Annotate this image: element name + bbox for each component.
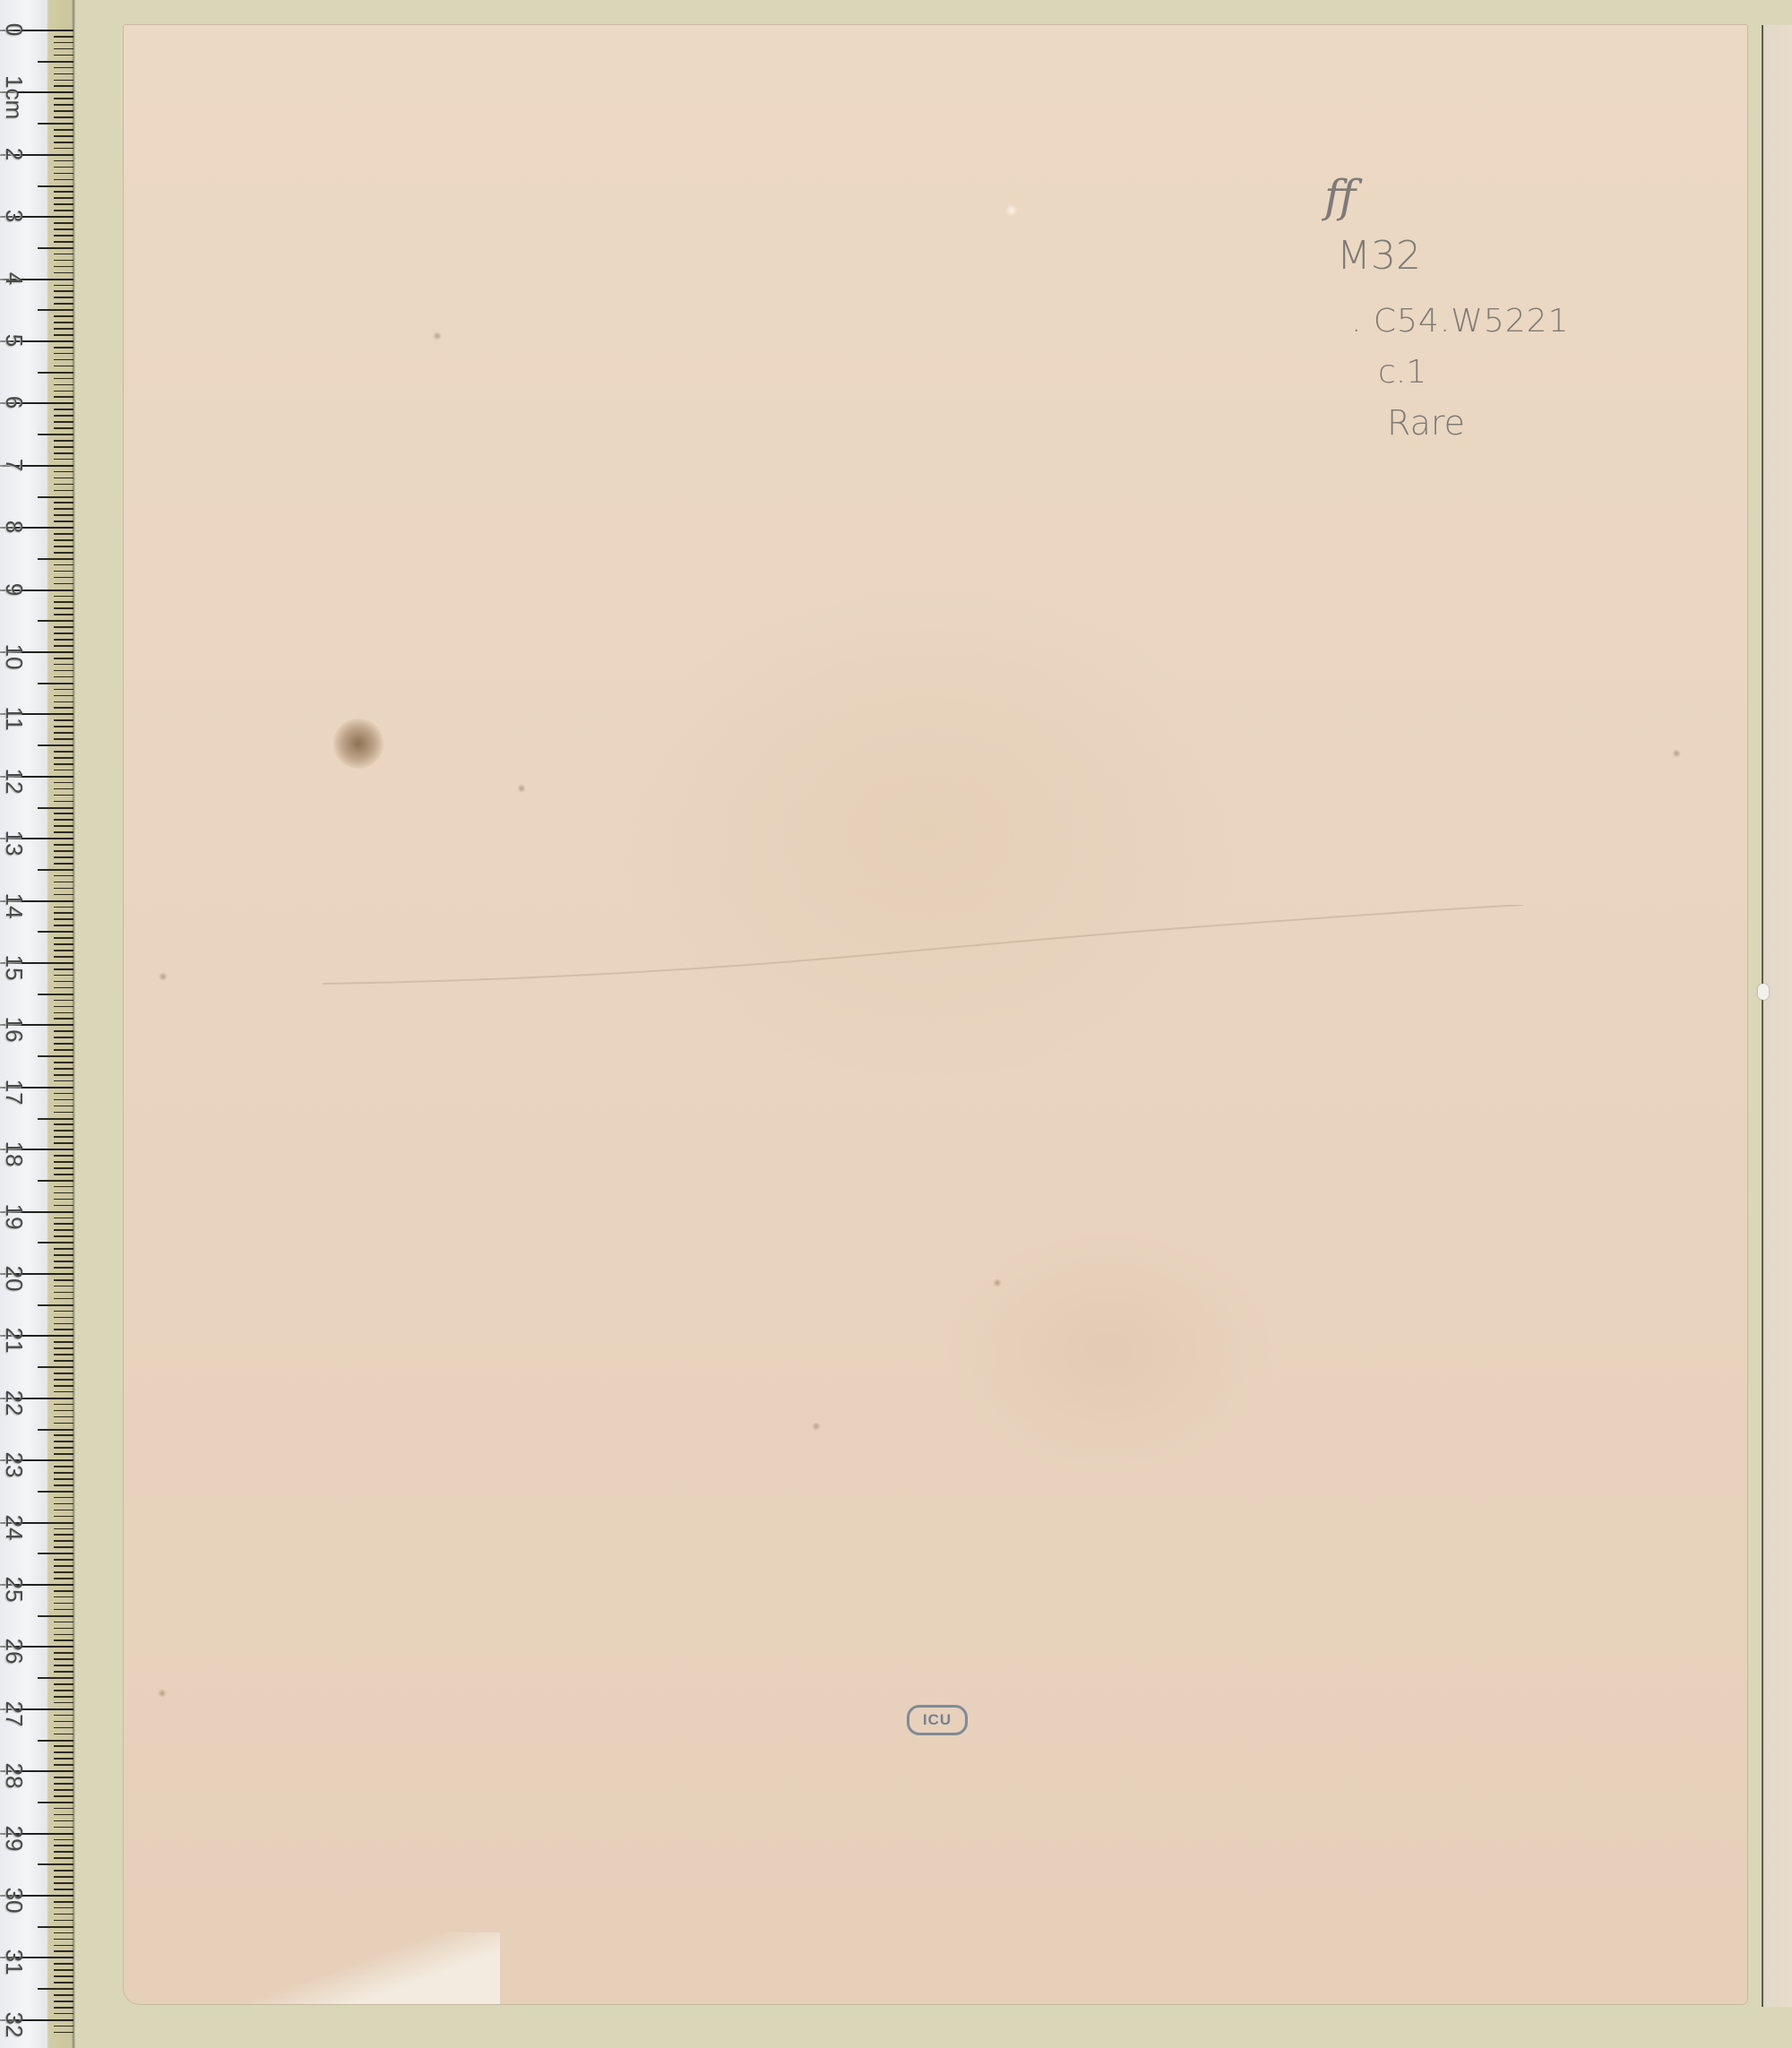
ruler-number: 30 (3, 1886, 26, 1915)
ruler-tick (54, 490, 73, 492)
ruler-tick (54, 353, 73, 355)
ruler-tick (54, 502, 73, 503)
ruler-tick (54, 1975, 73, 1977)
library-stamp: ICU (907, 1705, 968, 1735)
ruler-tick (54, 888, 73, 890)
foxing-spot (812, 1422, 821, 1431)
ruler-tick (54, 1696, 73, 1698)
ruler-number: 21 (3, 1326, 26, 1355)
ruler-tick (54, 427, 73, 429)
ruler-tick (54, 1783, 73, 1785)
ruler-tick (54, 813, 73, 814)
ruler-tick (54, 290, 73, 292)
ruler-tick (54, 1652, 73, 1654)
ruler-tick (54, 1423, 73, 1424)
ruler-tick (38, 807, 73, 809)
ruler-tick (54, 1540, 73, 1542)
ruler-number: 14 (3, 891, 26, 920)
ruler-tick (54, 1839, 73, 1841)
ruler-number: 5 (3, 333, 26, 348)
ruler-tick (54, 701, 73, 703)
ruler-tick (38, 1926, 73, 1928)
ruler-number: 26 (3, 1637, 26, 1665)
ruler-number: 22 (3, 1389, 26, 1417)
ruler-tick (54, 1106, 73, 1107)
ruler-tick (54, 539, 73, 541)
ruler-tick (54, 1441, 73, 1442)
ruler-tick (38, 1055, 73, 1057)
ruler-tick (54, 1546, 73, 1548)
ruler-tick (54, 73, 73, 75)
ruler-tick (54, 1745, 73, 1747)
ruler-number: 25 (3, 1575, 26, 1604)
ruler-tick (54, 1665, 73, 1666)
ruler-tick (54, 1329, 73, 1330)
ruler-tick (54, 1174, 73, 1175)
ruler-tick (54, 1286, 73, 1287)
ruler-tick (54, 1727, 73, 1729)
ruler-tick (54, 819, 73, 821)
ruler-number: 27 (3, 1699, 26, 1728)
ruler-tick (54, 1199, 73, 1200)
ruler-tick (54, 110, 73, 112)
ruler-tick (54, 1229, 73, 1231)
ruler-tick (38, 1180, 73, 1182)
ruler-tick (54, 135, 73, 137)
ruler-number: 29 (3, 1824, 26, 1853)
foxing-spot (433, 331, 442, 340)
ruler-tick (38, 372, 73, 374)
ruler-tick (54, 415, 73, 417)
ruler-tick (54, 421, 73, 423)
ruler-tick (54, 757, 73, 759)
ruler-number: 15 (3, 953, 26, 982)
ruler-tick (54, 639, 73, 641)
ruler-tick (54, 359, 73, 361)
ruler-tick (54, 1932, 73, 1934)
ruler-tick (38, 1118, 73, 1120)
ruler-tick (38, 1553, 73, 1554)
ruler-tick (54, 1702, 73, 1704)
ruler-tick (54, 440, 73, 442)
ruler-tick (54, 1018, 73, 1020)
ruler-tick (54, 1298, 73, 1300)
ruler-tick (54, 1062, 73, 1063)
ruler-tick (54, 1969, 73, 1971)
ruler-tick (38, 1491, 73, 1493)
ruler-tick (54, 1136, 73, 1138)
ruler-tick (54, 80, 73, 82)
ruler-tick (54, 116, 73, 118)
ruler-tick (54, 1186, 73, 1188)
ruler-tick (54, 1478, 73, 1480)
ruler-tick (54, 1006, 73, 1008)
ruler-tick (54, 1341, 73, 1343)
ruler-tick (54, 533, 73, 535)
ruler-tick (54, 1030, 73, 1032)
ruler-tick (54, 1914, 73, 1915)
ruler-tick (54, 235, 73, 237)
ruler-tick (54, 577, 73, 579)
ruler-tick (54, 1609, 73, 1611)
ruler-tick (54, 484, 73, 486)
ruler-tick (54, 1434, 73, 1436)
ruler-tick (54, 1528, 73, 1530)
ruler-tick (38, 247, 73, 249)
ruler-tick (54, 738, 73, 740)
ruler-tick (54, 1534, 73, 1536)
ruler-tick (54, 981, 73, 983)
ruler-tick (54, 1012, 73, 1014)
stitch-knot (1758, 984, 1769, 1000)
foxing-spot (517, 784, 526, 793)
ruler-tick (54, 1671, 73, 1673)
ruler-tick (38, 558, 73, 560)
ruler-tick (54, 831, 73, 833)
ruler-tick (54, 1155, 73, 1157)
ruler-tick (54, 322, 73, 323)
ruler-tick (38, 1988, 73, 1990)
ruler-tick (54, 1851, 73, 1853)
ruler-tick (54, 1391, 73, 1393)
ruler-number: 1cm (3, 75, 26, 118)
foxing-spot (158, 1689, 167, 1698)
ruler-tick (54, 546, 73, 547)
ruler-tick (54, 1808, 73, 1810)
ruler-tick (54, 55, 73, 56)
ruler-number: 16 (3, 1015, 26, 1044)
ruler-tick (54, 1292, 73, 1294)
call-number-line: M32 (1337, 233, 1421, 279)
ruler-number: 10 (3, 642, 26, 671)
ruler-tick (54, 882, 73, 883)
ruler-tick (54, 1130, 73, 1132)
ruler-tick (38, 1242, 73, 1243)
ruler-tick (54, 1510, 73, 1511)
ruler-tick (54, 1453, 73, 1455)
ruler-tick (54, 1578, 73, 1579)
ruler-tick (38, 309, 73, 311)
ruler-tick (38, 744, 73, 746)
ruler-tick (54, 1907, 73, 1909)
ruler-tick (54, 260, 73, 262)
ruler-tick (54, 173, 73, 175)
ruler-tick (54, 36, 73, 38)
ruler-tick (54, 297, 73, 298)
ruler-tick (54, 1590, 73, 1592)
ruler-tick (54, 664, 73, 666)
ruler-tick (54, 1497, 73, 1499)
ruler-tick (54, 142, 73, 143)
ruler-tick (54, 726, 73, 727)
ruler-number: 3 (3, 209, 26, 223)
ruler-tick (54, 67, 73, 69)
ruler-tick (54, 1559, 73, 1561)
ruler-tick (54, 203, 73, 205)
ruler-tick (54, 1379, 73, 1381)
ruler-tick (54, 1472, 73, 1474)
ruler-tick (54, 1223, 73, 1225)
ruler-tick (54, 950, 73, 951)
ruler-number: 23 (3, 1450, 26, 1479)
ruler-tick (54, 1882, 73, 1884)
ruler-tick (54, 1734, 73, 1735)
ruler-tick (54, 1751, 73, 1753)
ruler-tick (54, 987, 73, 989)
ruler-tick (54, 508, 73, 510)
ruler-tick (54, 1347, 73, 1349)
ruler-number: 32 (3, 2010, 26, 2039)
ruler-tick (54, 1889, 73, 1890)
ruler-tick (54, 1516, 73, 1518)
ruler-tick (54, 452, 73, 454)
ruler-tick (54, 1267, 73, 1269)
ruler-tick (54, 875, 73, 877)
ruler-tick (54, 1603, 73, 1605)
ruler-tick (54, 1385, 73, 1387)
ruler-tick (54, 763, 73, 765)
ruler-tick (54, 366, 73, 367)
ruler-number: 7 (3, 458, 26, 472)
ruler-tick (54, 272, 73, 274)
ruler-tick (38, 1304, 73, 1306)
ruler-tick (54, 1447, 73, 1449)
ruler-tick (54, 1354, 73, 1355)
ruler-tick (54, 1764, 73, 1766)
ruler-tick (54, 801, 73, 803)
ruler-tick (54, 1795, 73, 1797)
ruler-tick (54, 2001, 73, 2002)
ruler-tick (54, 1721, 73, 1723)
ruler-tick (54, 707, 73, 709)
ruler-number: 11 (3, 704, 26, 733)
ruler-tick (54, 907, 73, 908)
ruler-tick (38, 931, 73, 933)
ruler-tick (54, 601, 73, 603)
foxing-spot (159, 972, 168, 981)
ruler-tick (54, 850, 73, 852)
ruler-tick (54, 328, 73, 330)
ruler-tick (54, 1373, 73, 1374)
ruler-tick (38, 1615, 73, 1617)
ruler-tick (54, 1658, 73, 1660)
ruler-tick (54, 1565, 73, 1567)
ruler-tick (54, 1248, 73, 1250)
ruler-tick (54, 1503, 73, 1505)
ruler-tick (54, 478, 73, 479)
ruler-number: 4 (3, 271, 26, 286)
ruler-number: 2 (3, 147, 26, 161)
ruler-tick (54, 1982, 73, 1983)
foxing-spot (1005, 204, 1018, 217)
binding-spine (1762, 25, 1792, 2007)
ruler-tick (54, 1080, 73, 1082)
ruler-tick (54, 1043, 73, 1045)
ruler-tick (54, 564, 73, 566)
ruler-tick (54, 303, 73, 305)
ruler-tick (54, 1093, 73, 1095)
ruler-tick (54, 1945, 73, 1947)
ruler-tick (54, 825, 73, 827)
ruler-tick (54, 2032, 73, 2034)
ruler-tick (54, 197, 73, 199)
ruler-tick (54, 210, 73, 211)
ruler-number: 20 (3, 1264, 26, 1293)
ruler-tick (54, 894, 73, 896)
ruler-tick (38, 1740, 73, 1742)
ruler-tick (54, 689, 73, 691)
stain-spot (333, 719, 383, 769)
ruler-tick (38, 1863, 73, 1865)
ruler-tick (54, 552, 73, 554)
ruler-tick (54, 1049, 73, 1051)
ruler-tick (54, 42, 73, 44)
ruler-tick (54, 782, 73, 784)
ruler-tick (54, 1622, 73, 1623)
ruler-tick (54, 1758, 73, 1760)
ruler-tick (54, 912, 73, 914)
ruler-tick (54, 1876, 73, 1878)
ruler-tick (54, 285, 73, 287)
ruler-tick (54, 770, 73, 771)
ruler-tick (54, 645, 73, 647)
ruler-tick (54, 347, 73, 349)
ruler-tick (54, 632, 73, 634)
ruler-tick (54, 1037, 73, 1038)
ruler-tick (54, 596, 73, 598)
ruler-tick (54, 918, 73, 920)
ruler-tick (54, 521, 73, 522)
ruler-tick (54, 1994, 73, 1996)
ruler-tick (54, 1596, 73, 1598)
ruler-tick (54, 925, 73, 926)
ruler-tick (54, 241, 73, 243)
ruler-tick (54, 222, 73, 224)
ruler-number: 28 (3, 1761, 26, 1790)
ruler-tick (54, 254, 73, 255)
call-number-line: Rare (1387, 403, 1465, 443)
ruler-tick (54, 1205, 73, 1207)
ruler-tick (38, 496, 73, 498)
ruler-tick (54, 167, 73, 168)
ruler-tick (54, 1068, 73, 1070)
ruler-tick (54, 607, 73, 609)
ruler-tick (54, 1920, 73, 1922)
ruler-tick (54, 459, 73, 460)
ruler-tick (54, 1814, 73, 1816)
ruler-tick (38, 123, 73, 125)
ruler-tick (54, 1360, 73, 1362)
ruler-tick (54, 1690, 73, 1691)
ruler-number: 31 (3, 1948, 26, 1976)
ruler-tick (38, 61, 73, 63)
ruler-number: 12 (3, 767, 26, 796)
ruler-tick (54, 514, 73, 516)
ruler-tick (54, 1161, 73, 1163)
ruler-tick (54, 1261, 73, 1262)
ruler-tick (54, 334, 73, 336)
ruler-tick (54, 937, 73, 939)
ruler-tick (54, 751, 73, 753)
ruler-tick (54, 1218, 73, 1219)
ruler-tick (54, 1845, 73, 1846)
ruler-tick (54, 844, 73, 846)
ruler-tick (38, 683, 73, 684)
ruler-tick (54, 48, 73, 50)
ruler-number: 19 (3, 1202, 26, 1231)
ruler-tick (54, 1167, 73, 1169)
ruler-number: 8 (3, 520, 26, 534)
ruler-tick (54, 1820, 73, 1822)
ruler-number: 0 (3, 22, 26, 37)
ruler-tick (54, 85, 73, 87)
ruler-tick (54, 1410, 73, 1412)
ruler-tick (54, 1715, 73, 1717)
ruler-tick (54, 583, 73, 585)
ruler-tick (54, 391, 73, 392)
call-number-line: . C54.W5221 (1351, 303, 1570, 340)
call-number-line: c.1 (1378, 354, 1426, 391)
ruler-tick (54, 719, 73, 721)
ruler-tick (54, 1963, 73, 1965)
ruler-tick (54, 2013, 73, 2015)
ruler-tick (54, 228, 73, 230)
ruler-tick (54, 1484, 73, 1486)
ruler-tick (54, 670, 73, 672)
ruler-tick (54, 1235, 73, 1237)
ruler-tick (54, 1634, 73, 1636)
ruler-tick (54, 2007, 73, 2009)
ruler-tick (54, 98, 73, 99)
ruler-tick (54, 1639, 73, 1641)
foxing-spot (1672, 749, 1681, 758)
ruler-tick (54, 1311, 73, 1312)
ruler-tick (54, 1074, 73, 1076)
ruler-tick (54, 1142, 73, 1144)
ruler-tick (54, 179, 73, 181)
ruler-tick (54, 1317, 73, 1319)
ruler-tick (54, 614, 73, 615)
ruler-tick (54, 266, 73, 268)
ruler-tick (54, 571, 73, 572)
ruler-tick (54, 968, 73, 970)
call-number-line: ff (1324, 170, 1356, 222)
ruler-tick (54, 160, 73, 162)
ruler-number: 17 (3, 1078, 26, 1106)
ruler-tick (54, 658, 73, 659)
ruler-tick (54, 1777, 73, 1778)
ruler-number: 24 (3, 1513, 26, 1542)
ruler-tick (54, 378, 73, 380)
ruler-tick (38, 994, 73, 995)
ruler-number: 18 (3, 1140, 26, 1168)
ruler-tick (54, 856, 73, 858)
ruler-tick (54, 104, 73, 106)
ruler-tick (38, 869, 73, 871)
ruler-tick (54, 1870, 73, 1872)
ruler-tick (38, 434, 73, 435)
ruler-tick (54, 626, 73, 628)
ruler-tick (54, 396, 73, 398)
ruler-tick (54, 695, 73, 697)
ruler-number: 6 (3, 395, 26, 409)
ruler-tick (54, 315, 73, 317)
ruler-tick (54, 2026, 73, 2027)
ruler-tick (54, 1950, 73, 1952)
ruler-tick (54, 1323, 73, 1325)
ruler-tick (54, 446, 73, 448)
ruler-tick (54, 956, 73, 958)
